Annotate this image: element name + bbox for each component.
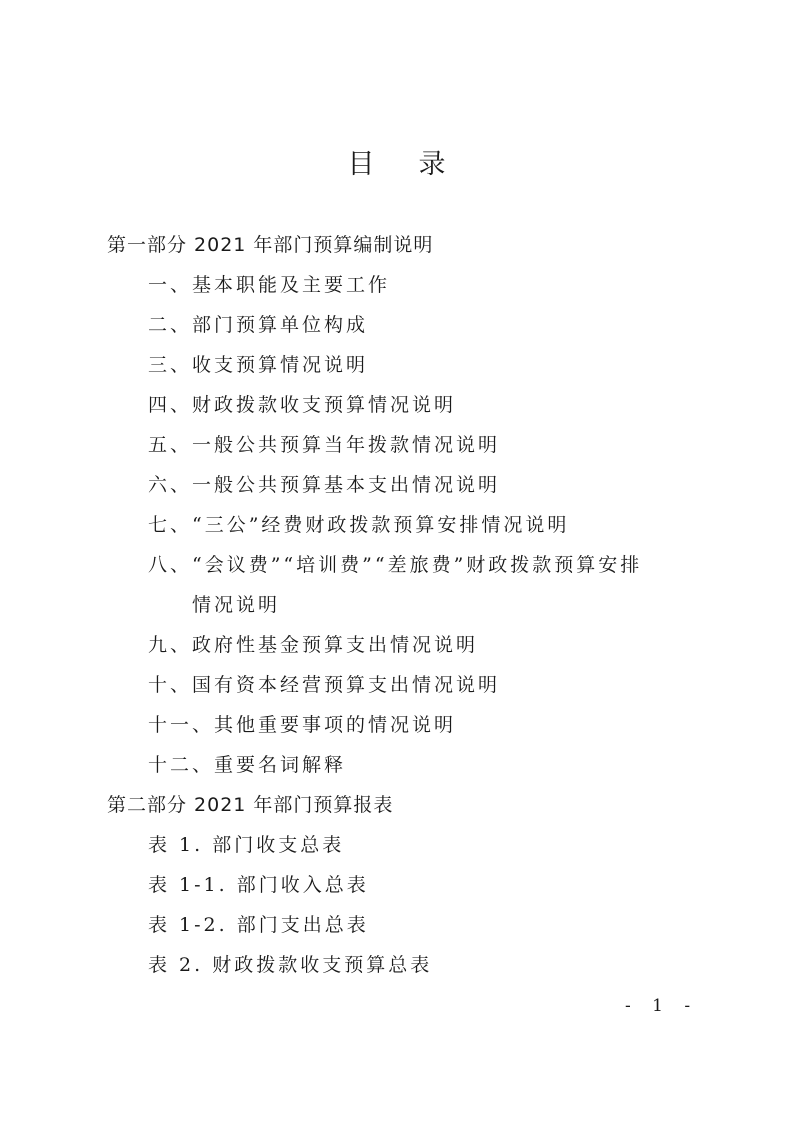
toc-item[interactable]: 七、“三公”经费财政拨款预算安排情况说明 <box>148 513 569 537</box>
toc-item[interactable]: 四、财政拨款收支预算情况说明 <box>148 393 456 417</box>
toc-item[interactable]: 十二、重要名词解释 <box>148 753 346 777</box>
toc-item[interactable]: 八、“会议费”“培训费”“差旅费”财政拨款预算安排 <box>148 553 642 577</box>
toc-part-2[interactable]: 第二部分 2021 年部门预算报表 <box>107 793 393 817</box>
toc-item[interactable]: 九、政府性基金预算支出情况说明 <box>148 633 478 657</box>
toc-part-1[interactable]: 第一部分 2021 年部门预算编制说明 <box>107 233 433 257</box>
toc-item[interactable]: 三、收支预算情况说明 <box>148 353 368 377</box>
toc-item[interactable]: 表 2. 财政拨款收支预算总表 <box>148 953 432 977</box>
page-number: - 1 - <box>625 996 698 1016</box>
toc-item[interactable]: 表 1-1. 部门收入总表 <box>148 873 369 897</box>
toc-item[interactable]: 表 1. 部门收支总表 <box>148 833 344 857</box>
toc-item[interactable]: 五、一般公共预算当年拨款情况说明 <box>148 433 500 457</box>
toc-item[interactable]: 二、部门预算单位构成 <box>148 313 368 337</box>
toc-item-continuation[interactable]: 情况说明 <box>192 593 280 617</box>
toc-item[interactable]: 十一、其他重要事项的情况说明 <box>148 713 456 737</box>
toc-item[interactable]: 十、国有资本经营预算支出情况说明 <box>148 673 500 697</box>
toc-item[interactable]: 一、基本职能及主要工作 <box>148 273 390 297</box>
toc-item[interactable]: 六、一般公共预算基本支出情况说明 <box>148 473 500 497</box>
title-char: 目 <box>348 149 375 180</box>
page-title: 目录 <box>0 142 793 181</box>
title-char: 录 <box>419 149 446 180</box>
toc-item[interactable]: 表 1-2. 部门支出总表 <box>148 913 369 937</box>
